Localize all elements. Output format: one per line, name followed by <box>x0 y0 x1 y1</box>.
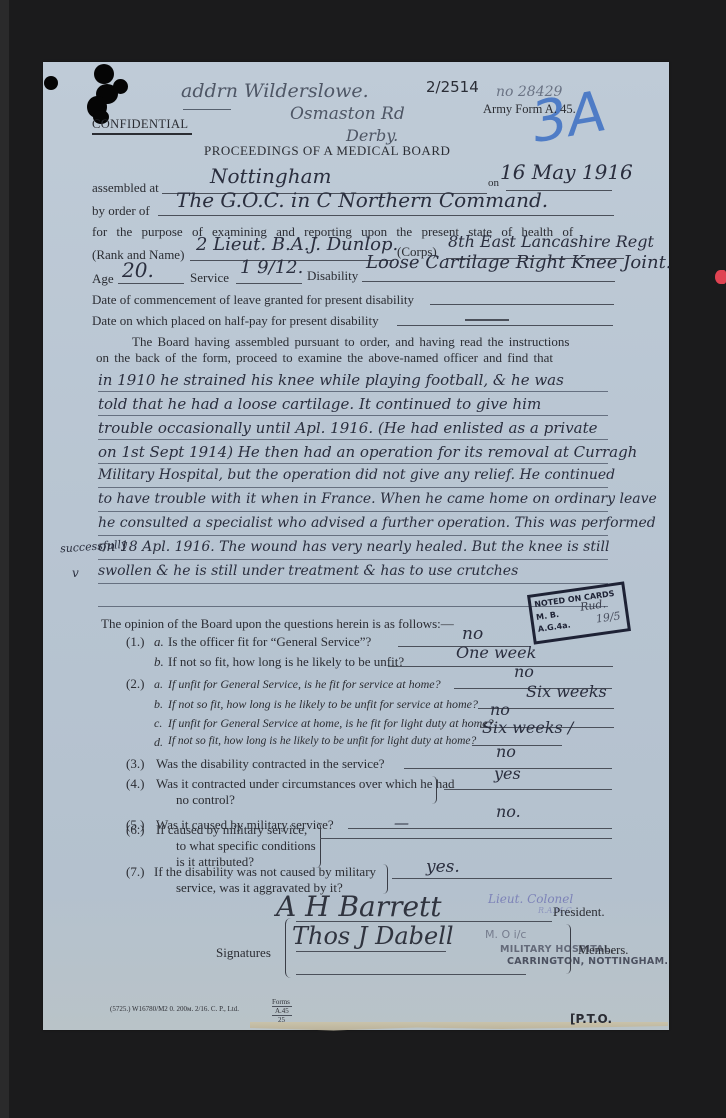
findings-rule <box>98 535 608 536</box>
answer-value: no. <box>496 802 521 821</box>
red-mark <box>715 270 726 284</box>
findings-line: on 1st Sept 1914) He then had an operati… <box>98 443 637 461</box>
service-line <box>236 283 302 284</box>
blue-crayon-mark: 3A <box>528 84 611 152</box>
findings-rule <box>98 415 608 416</box>
date-value: 16 May 1916 <box>500 160 633 184</box>
margin-tick: v <box>72 566 79 580</box>
member-signature: Thos J Dabell <box>292 922 454 950</box>
hospital-stamp-line-3: CARRINGTON, NOTTINGHAM. <box>507 956 668 967</box>
answer-line <box>320 838 612 839</box>
question-number: (1.) <box>126 634 144 650</box>
question-text: If not so fit, how long is he likely to … <box>168 735 476 747</box>
disability-value: Loose Cartilage Right Knee Joint. <box>366 252 672 273</box>
by-order-of-value: The G.O.C. in C Northern Command. <box>176 188 548 212</box>
findings-rule <box>98 391 608 392</box>
question-number: (4.) <box>126 776 144 792</box>
findings-line: in 1910 he strained his knee while playi… <box>98 371 564 389</box>
question-text-cont: to what specific conditions <box>176 838 316 854</box>
assembled-at-value: Nottingham <box>210 164 331 188</box>
signatures-label: Signatures <box>216 945 271 961</box>
member-signature-line <box>296 951 446 952</box>
answer-line <box>472 745 562 746</box>
answer-line <box>444 789 612 790</box>
form-number: Army Form A. 45. <box>483 102 576 117</box>
by-order-of-line <box>158 215 614 216</box>
answer-value: no <box>490 700 510 719</box>
findings-line: swollen & he is still under treatment & … <box>98 563 518 579</box>
findings-rule <box>98 487 608 488</box>
by-order-of-label: by order of <box>92 203 150 219</box>
findings-rule <box>98 511 608 512</box>
board-statement-line1: The Board having assembled pursuant to o… <box>132 334 569 350</box>
question-sub: b. <box>154 654 164 670</box>
answer-value: no <box>514 662 534 681</box>
answer-value: One week <box>456 643 536 662</box>
question-text: If not so fit, how long is he likely to … <box>168 697 478 712</box>
stamp-line-3: A.G.4a. <box>537 620 571 634</box>
question-sub: c. <box>154 716 162 731</box>
forms-label: Forms <box>272 998 290 1006</box>
president-label: President. <box>553 904 605 920</box>
half-pay-value-dash <box>465 319 509 321</box>
scan-edge <box>0 0 9 1118</box>
half-pay-label: Date on which placed on half-pay for pre… <box>92 313 379 329</box>
findings-line: Military Hospital, but the operation did… <box>98 467 615 483</box>
answer-value: Six weeks <box>526 682 607 701</box>
age-line <box>118 283 184 284</box>
answer-line <box>392 878 612 879</box>
corps-value: 8th East Lancashire Regt <box>448 232 654 251</box>
question-text: If the disability was not caused by mili… <box>154 864 376 880</box>
question-text: If caused by military service, <box>156 822 307 838</box>
service-value: 1 9/12. <box>240 257 303 278</box>
question-number: (6.) <box>126 822 144 838</box>
findings-rule <box>98 559 608 560</box>
member-signature-line-2 <box>296 974 526 975</box>
question-text: Was the disability contracted in the ser… <box>156 756 385 772</box>
question-text: If not so fit, how long is he likely to … <box>168 654 404 670</box>
address-line-1: addrn Wilderslowe. <box>181 80 369 102</box>
leave-commencement-line <box>430 304 614 305</box>
findings-rule <box>98 583 608 584</box>
question-number: (7.) <box>126 864 144 880</box>
half-pay-line <box>397 325 613 326</box>
question-text-cont: no control? <box>176 792 235 808</box>
question-sub: b. <box>154 697 163 712</box>
confidential-underline <box>92 133 192 135</box>
brace <box>432 776 437 804</box>
disability-line <box>362 281 615 282</box>
age-label: Age <box>92 271 114 287</box>
reference-number: 2/2514 <box>426 78 479 96</box>
ink-blot <box>44 76 58 90</box>
address-line-2: Osmaston Rd <box>290 104 405 124</box>
stamp-date: 19/5 <box>595 609 621 625</box>
opinion-intro: The opinion of the Board upon the questi… <box>101 616 454 632</box>
answer-value: yes. <box>426 857 460 877</box>
service-label: Service <box>190 270 229 286</box>
form-title: PROCEEDINGS OF A MEDICAL BOARD <box>204 143 450 159</box>
leave-commencement-label: Date of commencement of leave granted fo… <box>92 292 414 308</box>
forms-denominator: 25 <box>278 1016 285 1024</box>
ink-blot <box>94 64 114 84</box>
answer-value: yes <box>494 764 521 783</box>
answer-value: no <box>462 624 483 644</box>
president-signature: A H Barrett <box>276 890 442 923</box>
findings-line: to have trouble with it when in France. … <box>98 491 657 507</box>
assembled-at-label: assembled at <box>92 180 159 196</box>
confidential-label: CONFIDENTIAL <box>92 117 188 132</box>
findings-line: he consulted a specialist who advised a … <box>98 515 656 531</box>
findings-line: told that he had a loose cartilage. It c… <box>98 395 541 413</box>
question-text: Was it contracted under circumstances ov… <box>156 776 455 792</box>
brace <box>316 822 321 868</box>
question-text: If unfit for General Service at home, is… <box>168 716 494 731</box>
board-statement-line2: on the back of the form, proceed to exam… <box>96 350 553 366</box>
stamp-line-2: M. B. <box>536 610 560 622</box>
answer-value: Six weeks / <box>482 718 573 737</box>
answer-line <box>388 666 613 667</box>
findings-rule <box>98 439 608 440</box>
question-number: (2.) <box>126 676 144 692</box>
hospital-stamp-line-1: M. O i/c <box>485 928 526 941</box>
question-sub: d. <box>154 735 163 750</box>
findings-rule <box>98 463 608 464</box>
members-brace <box>566 924 571 974</box>
print-code: (5725.) W16780/M2 0. 200м. 2/16. C. P., … <box>110 1005 239 1013</box>
question-sub: a. <box>154 677 163 692</box>
please-turn-over: [P.T.O. <box>570 1012 612 1026</box>
findings-line: trouble occasionally until Apl. 1916. (H… <box>98 419 598 437</box>
answer-line <box>348 828 612 829</box>
forms-numerator: A.45 <box>275 1007 289 1015</box>
question-number: (3.) <box>126 756 144 772</box>
question-text: Is the officer fit for “General Service”… <box>168 634 371 650</box>
answer-value: — <box>394 814 409 832</box>
question-sub: a. <box>154 634 164 650</box>
answer-value: no <box>496 742 516 761</box>
findings-line: on 18 Apl. 1916. The wound has very near… <box>98 539 609 555</box>
age-value: 20. <box>122 258 154 282</box>
address-underline <box>183 109 231 110</box>
question-text: If unfit for General Service, is he fit … <box>168 677 441 692</box>
signatures-brace <box>285 918 292 978</box>
disability-label: Disability <box>307 268 358 284</box>
